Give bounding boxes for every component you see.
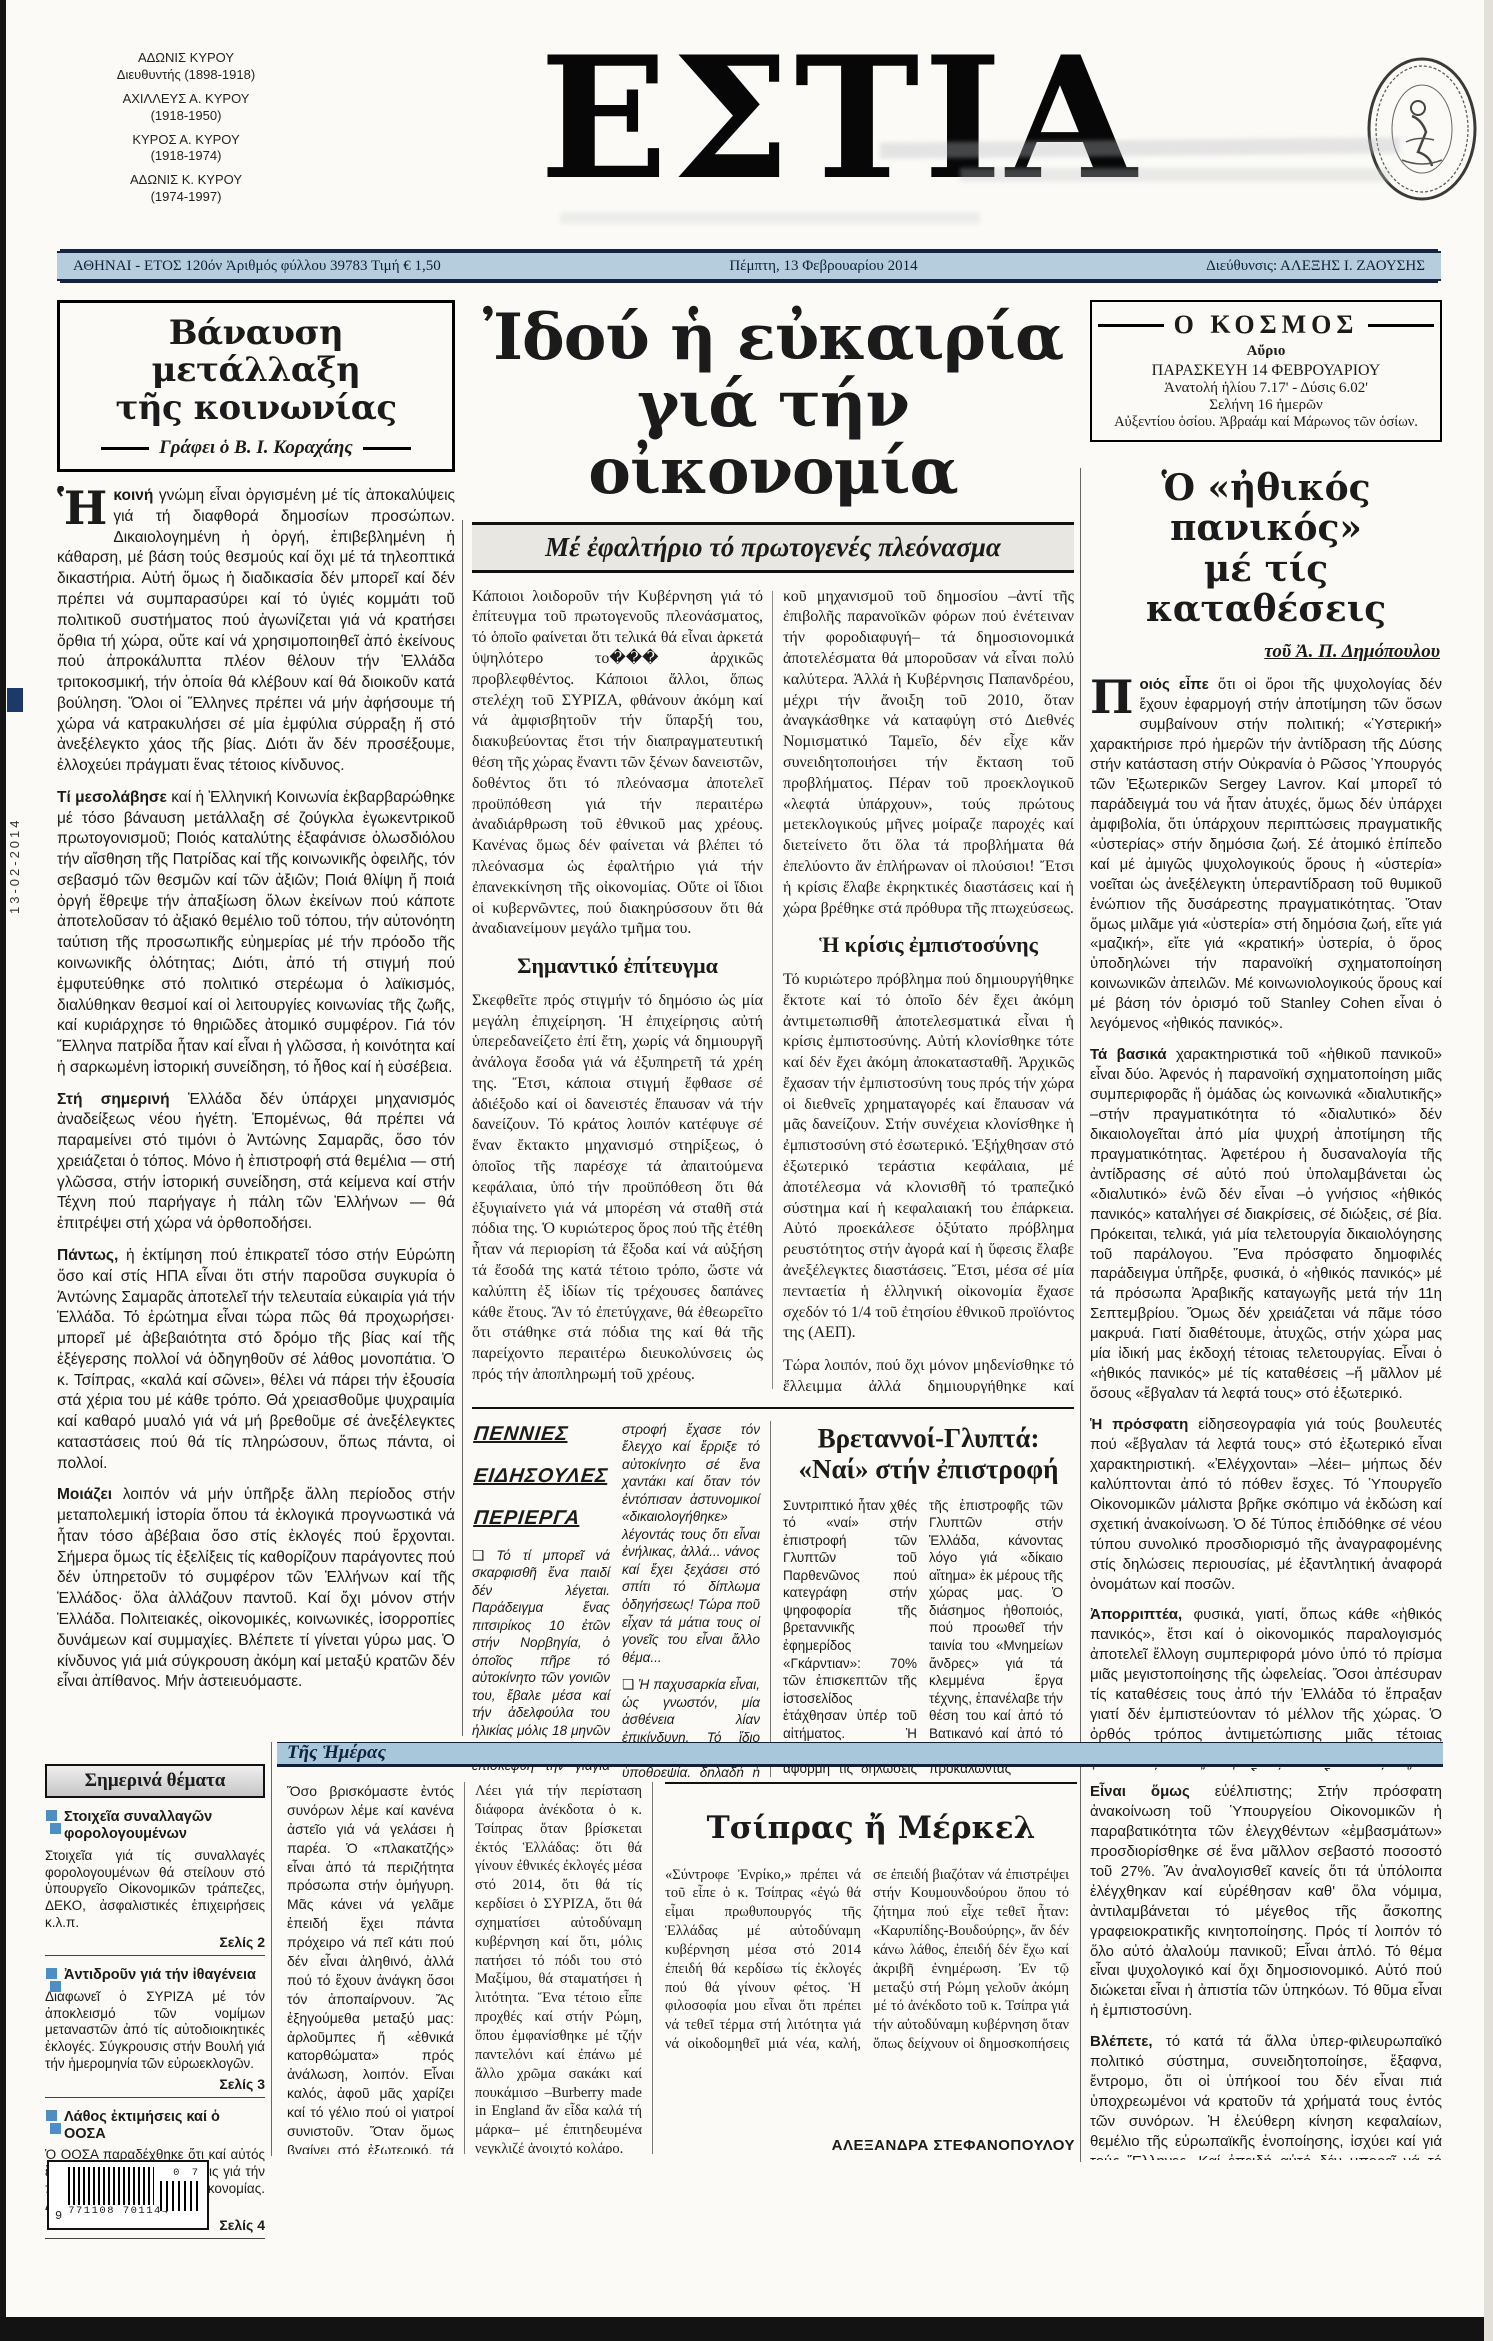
pennies-col1: ΠΕΝΝΙΕΣ ΕΙΔΗΣΟΥΛΕΣ ΠΕΡΙΕΡΓΑ ❑ Τό τί μπορ… <box>472 1421 610 1777</box>
founder-name: ΚΥΡΟΣ Α. ΚΥΡΟΥ <box>64 132 308 149</box>
topics-header: Σημερινά θέματα <box>45 1764 265 1798</box>
pennies-header-3: ΠΕΡΙΕΡΓΑ <box>473 1505 612 1531</box>
founder-dates: Διευθυντής (1898-1918) <box>64 67 308 84</box>
marbles-col1: Συντριπτικό ἦταν χθές τό «ναί» στήν ἐπισ… <box>783 1497 917 1777</box>
bottom-story-col4: σε ἐπειδή βιαζόταν νά ἐπιστρέψει στήν Κο… <box>873 1866 1069 2052</box>
world-almanac-box: Ο ΚΟΣΜΟΣ Αὔριο ΠΑΡΑΣΚΕΥΗ 14 ΦΕΒΡΟΥΑΡΙΟΥ … <box>1090 300 1442 442</box>
dateline-director: Διεύθυνσις: ΑΛΕΞΗΣ Ι. ΖΑΟΥΣΗΣ <box>1206 258 1425 275</box>
barcode-addon-digits: 0 7 <box>160 2167 201 2179</box>
almanac-day: ΠΑΡΑΣΚΕΥΗ 14 ΦΕΒΡΟΥΑΡΙΟΥ <box>1098 362 1434 380</box>
right-article-byline: τοῦ Ἀ. Π. Δημόπουλου <box>1090 641 1440 663</box>
founder-entry: ΚΥΡΟΣ Α. ΚΥΡΟΥ (1918-1974) <box>64 132 308 166</box>
dateline-issue: ΑΘΗΝΑΙ - ΕΤΟΣ 120όν Ἀριθμός φύλλου 39783… <box>73 258 441 275</box>
founder-name: ΑΧΙΛΛΕΥΣ Α. ΚΥΡΟΥ <box>64 91 308 108</box>
right-opinion-column: Ο ΚΟΣΜΟΣ Αὔριο ΠΑΡΑΣΚΕΥΗ 14 ΦΕΒΡΟΥΑΡΙΟΥ … <box>1090 300 1442 1771</box>
bottom-story-col1: Ὅσο βρισκόμαστε ἐντός συνόρων λέμε καί κ… <box>287 1782 465 2154</box>
marbles-headline: Βρεταννοί-Γλυπτά: «Ναί» στήν ἐπιστροφή <box>783 1423 1074 1485</box>
topic-page-ref: Σελίς 3 <box>45 2076 265 2092</box>
bottom-story: Ὅσο βρισκόμαστε ἐντός συνόρων λέμε καί κ… <box>287 1782 1077 2154</box>
topic-title: Λάθος ἐκτιμήσεις καί ὁ ΟΟΣΑ <box>45 2109 265 2144</box>
main-article-col1: Κάποιοι λοιδοροῦν τήν Κυβέρνηση γιά τό ἐ… <box>472 587 763 1393</box>
left-article-headline-box: Βάναυση μετάλλαξη τῆς κοινωνίας Γράφει ὁ… <box>57 300 455 472</box>
main-article: Ἰδού ἡ εὐκαιρία γιά τήν οἰκονομία Μέ ἐφα… <box>472 304 1074 1777</box>
paragraph: Ἡ πρόσφατη εἰδησεογραφία γιά τούς βουλευ… <box>1090 1415 1442 1594</box>
main-subhead: Μέ ἐφαλτήριο τό πρωτογενές πλεόνασμα <box>472 522 1074 573</box>
topic-item: Στοιχεῖα συναλλαγῶν φορολογουμένων Στοιχ… <box>45 1809 265 1956</box>
founder-name: ΑΔΩΝΙΣ ΚΥΡΟΥ <box>64 50 308 67</box>
crosshead: Ἡ κρίσις ἐμπιστοσύνης <box>783 931 1074 960</box>
pennies-header-2: ΕΙΔΗΣΟΥΛΕΣ <box>473 1463 612 1489</box>
print-bleed-artifact <box>560 212 980 224</box>
paragraph: Τό κυριώτερο πρόβλημα πού δημιουργήθηκε … <box>783 970 1074 1344</box>
almanac-tomorrow: Αὔριο <box>1098 343 1434 360</box>
column-divider <box>1080 468 1081 2162</box>
column-divider <box>772 591 773 1389</box>
bottom-story-col2: Λέει γιά τήν περίσταση διάφορα ἀνέκδοτα … <box>465 1782 653 2154</box>
topic-text: Στοιχεῖα γιά τίς συναλλαγές φορολογουμέν… <box>45 1848 265 1932</box>
marbles-article: Βρεταννοί-Γλυπτά: «Ναί» στήν ἐπιστροφή Σ… <box>770 1421 1074 1777</box>
paragraph: κοῦ μηχανισμοῦ τοῦ δημοσίου –ἀντί τῆς ἐπ… <box>783 587 1074 920</box>
almanac-sun: Ἀνατολή ἡλίου 7.17' - Δύσις 6.02' <box>1098 380 1434 397</box>
left-article-title-line2: τῆς κοινωνίας <box>68 390 444 427</box>
main-article-col2: κοῦ μηχανισμοῦ τοῦ δημοσίου –ἀντί τῆς ἐπ… <box>783 587 1074 1393</box>
paragraph: Πάντως, ἡ ἐκτίμηση πού ἐπικρατεῖ τόσο στ… <box>57 1246 455 1474</box>
barcode-digits: 771108 701144 <box>68 2205 154 2217</box>
left-article-body: Ἡκοινή γνώμη εἶναι ὀργισμένη μέ τίς ἀποκ… <box>57 486 455 1754</box>
founder-entry: ΑΧΙΛΛΕΥΣ Α. ΚΥΡΟΥ (1918-1950) <box>64 91 308 125</box>
paragraph: Μοιάζει λοιπόν νά μήν ὑπῆρξε ἄλλη περίοδ… <box>57 1485 455 1693</box>
paragraph: Κάποιοι λοιδοροῦν τήν Κυβέρνηση γιά τό ἐ… <box>472 587 763 941</box>
bottom-story-col3: «Σύντροφε Ἐνρίκο,» πρέπει νά τοῦ εἶπε ὁ … <box>665 1866 861 2052</box>
topic-title: Ἀντιδροῦν γιά τήν ἰθαγένεια <box>45 1967 265 1984</box>
marbles-col2: τῆς ἐπιστροφῆς τῶν Γλυπτῶν στήν Ἑλλάδα, … <box>929 1497 1063 1777</box>
main-headline-line2: γιά τήν οἰκονομία <box>472 371 1074 505</box>
paragraph: Τί μεσολάβησε καί ἡ Ἑλληνική Κοινωνία ἐκ… <box>57 788 455 1079</box>
right-article-continuation: Εἶναι ὅμως εὐέλπιστης; Στήν πρόσφατη ἀνα… <box>1090 1782 1442 2160</box>
crosshead: Σημαντικό ἐπίτευγμα <box>472 952 763 981</box>
dateline-date: Πέμπτη, 13 Φεβρουαρίου 2014 <box>729 258 917 275</box>
barcode-main: 771108 701144 <box>68 2167 154 2223</box>
of-the-day-band: Τῆς Ἡμέρας <box>277 1742 1443 1767</box>
scan-edge <box>1484 0 1493 2341</box>
barcode-bars <box>68 2167 154 2205</box>
paragraph: Τά βασικά χαρακτηριστικά τοῦ «ἠθικοῦ παν… <box>1090 1045 1442 1404</box>
founder-dates: (1974-1997) <box>64 189 308 206</box>
issue-barcode: 9 771108 701144 0 7 <box>47 2160 209 2230</box>
paragraph: Ἡκοινή γνώμη εἶναι ὀργισμένη μέ τίς ἀποκ… <box>57 486 455 777</box>
barcode-addon-bars <box>160 2181 201 2211</box>
almanac-moon: Σελήνη 16 ἡμερῶν <box>1098 397 1434 414</box>
scan-edge <box>0 0 6 2341</box>
bottom-story-signature: ΑΛΕΞΑΝΔΡΑ ΣΤΕΦΑΝΟΠΟΥΛΟΥ <box>832 2137 1075 2154</box>
of-the-day-label: Τῆς Ἡμέρας <box>277 1742 386 1766</box>
topic-text: Διαφωνεῖ ὁ ΣΥΡΙΖΑ μέ τόν ἀποκλεισμό τῶν … <box>45 1989 265 2073</box>
rule <box>665 1782 1077 1784</box>
pennies-col2: στροφή ἔχασε τόν ἔλεγχο καί ἔρριξε τό αὐ… <box>622 1421 760 1777</box>
left-article-title-line1: Βάναυση μετάλλαξη <box>68 315 444 390</box>
right-article-body: Ποιός εἶπε ὅτι οἱ ὅροι τῆς ψυχολογίας δέ… <box>1090 675 1442 1771</box>
pennies-section: ΠΕΝΝΙΕΣ ΕΙΔΗΣΟΥΛΕΣ ΠΕΡΙΕΡΓΑ ❑ Τό τί μπορ… <box>472 1421 770 1777</box>
edge-date-label: 13-02-2014 <box>7 724 22 914</box>
right-headline: Ὁ «ἠθικός πανικός» μέ τίς καταθέσεις <box>1090 468 1442 629</box>
topic-item: Ἀντιδροῦν γιά τήν ἰθαγένεια Διαφωνεῖ ὁ Σ… <box>45 1967 265 2097</box>
founder-entry: ΑΔΩΝΙΣ Κ. ΚΥΡΟΥ (1974-1997) <box>64 172 308 206</box>
almanac-saints: Αὐξεντίου ὁσίου. Ἀβραάμ καί Μάρωνος τῶν … <box>1098 414 1434 431</box>
todays-topics-box: Σημερινά θέματα Στοιχεῖα συναλλαγῶν φορο… <box>45 1764 265 2140</box>
drop-cap: Ἡ <box>57 486 113 528</box>
column-divider <box>462 520 463 1736</box>
paragraph: Στή σημερινή Ἑλλάδα δέν ὑπάρχει μηχανισμ… <box>57 1090 455 1235</box>
newspaper-front-page: ΑΔΩΝΙΣ ΚΥΡΟΥ Διευθυντής (1898-1918) ΑΧΙΛ… <box>0 0 1493 2341</box>
dateline-bar: ΑΘΗΝΑΙ - ΕΤΟΣ 120όν Ἀριθμός φύλλου 39783… <box>57 251 1441 281</box>
paragraph: Βλέπετε, τό κατά τά ἄλλα ὑπερ-φιλευρωπαϊ… <box>1090 2032 1442 2160</box>
mid-bottom-section: ΠΕΝΝΙΕΣ ΕΙΔΗΣΟΥΛΕΣ ΠΕΡΙΕΡΓΑ ❑ Τό τί μπορ… <box>472 1407 1074 1777</box>
founders-list: ΑΔΩΝΙΣ ΚΥΡΟΥ Διευθυντής (1898-1918) ΑΧΙΛ… <box>64 50 308 213</box>
barcode-lead-digit: 9 <box>55 2209 62 2223</box>
print-bleed-artifact <box>960 168 1390 182</box>
founder-name: ΑΔΩΝΙΣ Κ. ΚΥΡΟΥ <box>64 172 308 189</box>
almanac-title: Ο ΚΟΣΜΟΣ <box>1098 310 1434 340</box>
founder-dates: (1918-1974) <box>64 148 308 165</box>
barcode-addon: 0 7 <box>160 2167 201 2223</box>
main-article-body: Κάποιοι λοιδοροῦν τήν Κυβέρνηση γιά τό ἐ… <box>472 587 1074 1393</box>
paragraph: Ποιός εἶπε ὅτι οἱ ὅροι τῆς ψυχολογίας δέ… <box>1090 675 1442 1034</box>
left-article-byline: Γράφει ὁ Β. Ι. Κοραχάης <box>68 437 444 459</box>
paragraph: Εἶναι ὅμως εὐέλπιστης; Στήν πρόσφατη ἀνα… <box>1090 1782 1442 2021</box>
drop-cap: Π <box>1090 675 1139 717</box>
edition-edge-mark <box>7 688 23 712</box>
bottom-story-main: Τσίπρας ἤ Μέρκελ «Σύντροφε Ἐνρίκο,» πρέπ… <box>653 1782 1077 2154</box>
bottom-story-headline: Τσίπρας ἤ Μέρκελ <box>665 1810 1077 1846</box>
scan-edge <box>0 2317 1493 2341</box>
column-divider <box>271 1742 272 2156</box>
paragraph: Τώρα λοιπόν, πού ὄχι μόνον μηδενίσθηκε τ… <box>783 1356 1074 1392</box>
topic-title: Στοιχεῖα συναλλαγῶν φορολογουμένων <box>45 1809 265 1844</box>
pennies-item: στροφή ἔχασε τόν ἔλεγχο καί ἔρριξε τό αὐ… <box>622 1421 760 1667</box>
paragraph: Σκεφθεῖτε πρός στιγμήν τό δημόσιο ὡς μία… <box>472 991 763 1386</box>
topic-page-ref: Σελίς 2 <box>45 1934 265 1950</box>
founder-dates: (1918-1950) <box>64 108 308 125</box>
pennies-header-1: ΠΕΝΝΙΕΣ <box>473 1421 612 1447</box>
main-headline-line1: Ἰδού ἡ εὐκαιρία <box>472 304 1074 371</box>
founder-entry: ΑΔΩΝΙΣ ΚΥΡΟΥ Διευθυντής (1898-1918) <box>64 50 308 84</box>
left-opinion-column: Βάναυση μετάλλαξη τῆς κοινωνίας Γράφει ὁ… <box>57 300 455 1754</box>
